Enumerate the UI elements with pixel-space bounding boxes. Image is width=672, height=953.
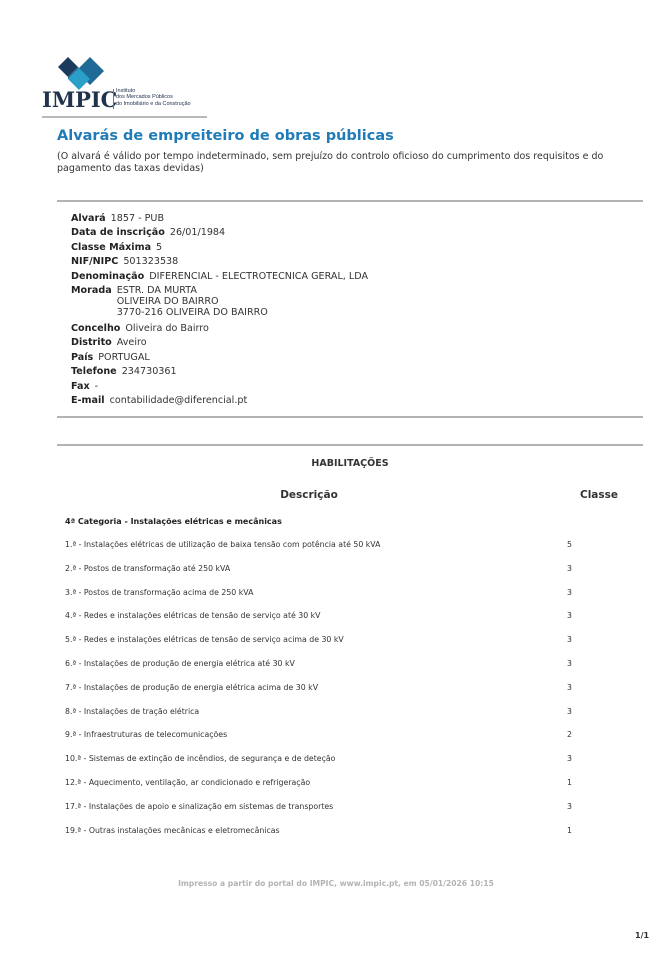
table-row: 17.ª - Instalações de apoio e sinalizaçã…	[65, 802, 585, 826]
row-description: 2.ª - Postos de transformação até 250 kV…	[65, 564, 230, 573]
row-classe: 3	[567, 707, 572, 716]
logo-subtitle: Instituto dos Mercados Públicos do Imobi…	[116, 88, 191, 107]
info-value: 234730361	[122, 365, 177, 379]
row-description: 8.ª - Instalações de tração elétrica	[65, 707, 199, 716]
divider	[57, 200, 643, 202]
info-row-alvara: Alvará 1857 - PUB	[71, 212, 368, 226]
table-row: 8.ª - Instalações de tração elétrica3	[65, 707, 585, 731]
logo-subtitle-line: do Imobiliário e da Construção	[116, 101, 191, 107]
info-label: NIF/NIPC	[71, 255, 118, 269]
row-classe: 3	[567, 659, 572, 668]
row-description: 10.ª - Sistemas de extinção de incêndios…	[65, 754, 335, 763]
row-classe: 3	[567, 802, 572, 811]
impic-logo: IMPIC Instituto dos Mercados Públicos do…	[42, 55, 212, 115]
info-label: Distrito	[71, 336, 112, 350]
info-label: Data de inscrição	[71, 226, 165, 240]
impic-diamond-icon	[54, 55, 104, 91]
page-title: Alvarás de empreiteiro de obras públicas	[57, 128, 394, 144]
info-row-denominacao: Denominação DIFERENCIAL - ELECTROTECNICA…	[71, 270, 368, 284]
row-classe: 5	[567, 540, 572, 549]
info-value: PORTUGAL	[98, 351, 150, 365]
logo-wordmark: IMPIC	[42, 87, 117, 112]
row-classe: 3	[567, 588, 572, 597]
row-classe: 2	[567, 730, 572, 739]
address-line: ESTR. DA MURTA	[117, 285, 268, 296]
table-row: 19.ª - Outras instalações mecânicas e el…	[65, 826, 585, 850]
logo-separator	[113, 89, 114, 109]
info-row-pais: País PORTUGAL	[71, 351, 368, 365]
table-row: 4.ª - Redes e instalações elétricas de t…	[65, 611, 585, 635]
info-row-classe-maxima: Classe Máxima 5	[71, 241, 368, 255]
info-value: Oliveira do Bairro	[125, 322, 209, 336]
address-line: OLIVEIRA DO BAIRRO	[117, 296, 268, 307]
info-row-nif: NIF/NIPC 501323538	[71, 255, 368, 269]
print-footer: Impresso a partir do portal do IMPIC, ww…	[0, 879, 672, 888]
license-info: Alvará 1857 - PUB Data de inscrição 26/0…	[71, 212, 368, 408]
info-row-email: E-mail contabilidade@diferencial.pt	[71, 394, 368, 408]
table-row: 9.ª - Infraestruturas de telecomunicaçõe…	[65, 730, 585, 754]
info-value: DIFERENCIAL - ELECTROTECNICA GERAL, LDA	[149, 270, 368, 284]
row-classe: 3	[567, 611, 572, 620]
column-header-classe: Classe	[580, 489, 618, 501]
row-classe: 3	[567, 635, 572, 644]
info-label: Concelho	[71, 322, 120, 336]
info-label: País	[71, 351, 93, 365]
info-label: Fax	[71, 380, 90, 394]
divider	[57, 416, 643, 418]
info-row-distrito: Distrito Aveiro	[71, 336, 368, 350]
table-row: 5.ª - Redes e instalações elétricas de t…	[65, 635, 585, 659]
info-label: Alvará	[71, 212, 106, 226]
divider	[57, 444, 643, 446]
info-row-concelho: Concelho Oliveira do Bairro	[71, 322, 368, 336]
info-value: 26/01/1984	[170, 226, 225, 240]
info-label: Denominação	[71, 270, 144, 284]
info-row-morada: Morada ESTR. DA MURTA OLIVEIRA DO BAIRRO…	[71, 284, 368, 322]
table-row: 1.ª - Instalações elétricas de utilizaçã…	[65, 540, 585, 564]
info-row-telefone: Telefone 234730361	[71, 365, 368, 379]
row-description: 1.ª - Instalações elétricas de utilizaçã…	[65, 540, 380, 549]
row-description: 12.ª - Aquecimento, ventilação, ar condi…	[65, 778, 310, 787]
info-value: 1857 - PUB	[111, 212, 164, 226]
email-link[interactable]: contabilidade@diferencial.pt	[110, 394, 248, 408]
row-classe: 1	[567, 778, 572, 787]
row-classe: 3	[567, 564, 572, 573]
column-header-descricao: Descrição	[250, 489, 368, 501]
row-description: 6.ª - Instalações de produção de energia…	[65, 659, 295, 668]
section-title: HABILITAÇÕES	[57, 458, 643, 469]
info-value: Aveiro	[117, 336, 147, 350]
logo-divider	[42, 116, 207, 118]
info-label: Classe Máxima	[71, 241, 151, 255]
category-heading: 4ª Categoria - Instalações elétricas e m…	[65, 517, 282, 526]
address-line: 3770-216 OLIVEIRA DO BAIRRO	[117, 307, 268, 318]
row-classe: 3	[567, 683, 572, 692]
row-description: 9.ª - Infraestruturas de telecomunicaçõe…	[65, 730, 227, 739]
info-row-data-inscricao: Data de inscrição 26/01/1984	[71, 226, 368, 240]
row-description: 3.ª - Postos de transformação acima de 2…	[65, 588, 253, 597]
info-label: E-mail	[71, 394, 105, 408]
info-label: Telefone	[71, 365, 117, 379]
info-row-fax: Fax -	[71, 380, 368, 394]
row-description: 19.ª - Outras instalações mecânicas e el…	[65, 826, 280, 835]
info-value: -	[95, 380, 98, 394]
table-row: 3.ª - Postos de transformação acima de 2…	[65, 588, 585, 612]
table-row: 12.ª - Aquecimento, ventilação, ar condi…	[65, 778, 585, 802]
habilitacoes-list: 1.ª - Instalações elétricas de utilizaçã…	[65, 540, 585, 849]
row-description: 7.ª - Instalações de produção de energia…	[65, 683, 318, 692]
table-row: 7.ª - Instalações de produção de energia…	[65, 683, 585, 707]
row-description: 5.ª - Redes e instalações elétricas de t…	[65, 635, 344, 644]
table-row: 2.ª - Postos de transformação até 250 kV…	[65, 564, 585, 588]
page-number: 1/1	[635, 931, 649, 940]
row-classe: 3	[567, 754, 572, 763]
info-value: 5	[156, 241, 162, 255]
info-value: 501323538	[123, 255, 178, 269]
table-row: 10.ª - Sistemas de extinção de incêndios…	[65, 754, 585, 778]
row-classe: 1	[567, 826, 572, 835]
row-description: 4.ª - Redes e instalações elétricas de t…	[65, 611, 321, 620]
info-label: Morada	[71, 284, 112, 322]
row-description: 17.ª - Instalações de apoio e sinalizaçã…	[65, 802, 333, 811]
info-value: ESTR. DA MURTA OLIVEIRA DO BAIRRO 3770-2…	[117, 284, 268, 322]
page-subtitle: (O alvará é válido por tempo indetermina…	[57, 151, 637, 175]
table-row: 6.ª - Instalações de produção de energia…	[65, 659, 585, 683]
